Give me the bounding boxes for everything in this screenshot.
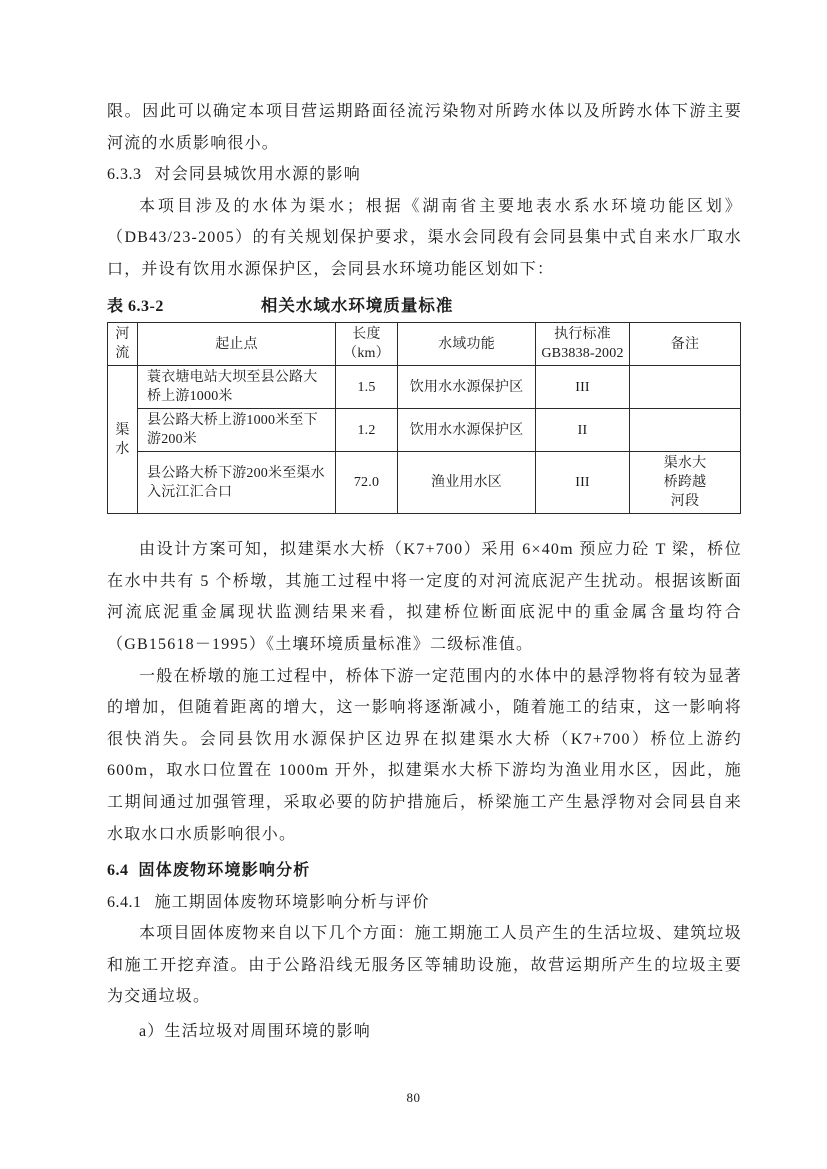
cell-section: 县公路大桥下游200米至渠水入沅江汇合口 [138, 452, 336, 514]
cell-standard: II [536, 409, 630, 452]
cell-river-name: 渠水 [108, 366, 138, 514]
cell-function: 饮用水水源保护区 [398, 366, 536, 409]
document-body: 限。因此可以确定本项目营运期路面径流污染物对所跨水体以及所跨水体下游主要河流的水… [107, 96, 742, 1048]
paragraph-water-source: 本项目涉及的水体为渠水；根据《湖南省主要地表水系水环境功能区划》（DB43/23… [107, 191, 742, 286]
col-header-section: 起止点 [138, 323, 336, 366]
paragraph-solid-waste: 本项目固体废物来自以下几个方面：施工期施工人员产生的生活垃圾、建筑垃圾和施工开挖… [107, 918, 742, 1013]
cell-length: 1.5 [336, 366, 398, 409]
section-title: 施工期固体废物环境影响分析与评价 [155, 894, 430, 911]
table-caption-title: 相关水域水环境质量标准 [261, 290, 454, 322]
section-number: 6.4 [107, 862, 129, 879]
col-header-length-line2: （km） [340, 344, 393, 363]
list-item-a: a）生活垃圾对周围环境的影响 [107, 1016, 742, 1048]
section-number: 6.4.1 [107, 894, 142, 911]
document-page: 限。因此可以确定本项目营运期路面径流污染物对所跨水体以及所跨水体下游主要河流的水… [0, 0, 827, 1169]
cell-note-text: 渠水大桥跨越河段 [657, 454, 713, 511]
col-header-river: 河流 [108, 323, 138, 366]
section-heading-6-4-1: 6.4.1施工期固体废物环境影响分析与评价 [107, 887, 742, 919]
cell-note [630, 409, 741, 452]
cell-section: 蓑衣塘电站大坝至县公路大桥上游1000米 [138, 366, 336, 409]
section-heading-6-4: 6.4固体废物环境影响分析 [107, 855, 742, 887]
section-title: 固体废物环境影响分析 [139, 862, 311, 879]
table-row: 渠水 蓑衣塘电站大坝至县公路大桥上游1000米 1.5 饮用水水源保护区 III [108, 366, 741, 409]
cell-length: 1.2 [336, 409, 398, 452]
col-header-standard: 执行标准 GB3838-2002 [536, 323, 630, 366]
table-caption-label: 表 6.3-2 [107, 291, 164, 323]
paragraph-suspended-solids: 一般在桥墩的施工过程中，桥体下游一定范围内的水体中的悬浮物将有较为显著的增加，但… [107, 661, 742, 851]
section-number: 6.3.3 [107, 166, 142, 183]
cell-note: 渠水大桥跨越河段 [630, 452, 741, 514]
cell-length: 72.0 [336, 452, 398, 514]
table-row: 县公路大桥下游200米至渠水入沅江汇合口 72.0 渔业用水区 III 渠水大桥… [108, 452, 741, 514]
section-heading-6-3-3: 6.3.3对会同县城饮用水源的影响 [107, 159, 742, 191]
cell-standard: III [536, 366, 630, 409]
table-caption: 表 6.3-2 相关水域水环境质量标准 [107, 290, 742, 323]
paragraph-bridge-design: 由设计方案可知，拟建渠水大桥（K7+700）采用 6×40m 预应力砼 T 梁，… [107, 534, 742, 660]
col-header-length: 长度 （km） [336, 323, 398, 366]
table-header-row: 河流 起止点 长度 （km） 水域功能 执行标准 GB3838-2002 备注 [108, 323, 741, 366]
col-header-function: 水域功能 [398, 323, 536, 366]
cell-section: 县公路大桥上游1000米至下游200米 [138, 409, 336, 452]
cell-standard: III [536, 452, 630, 514]
col-header-standard-line1: 执行标准 [540, 325, 625, 344]
col-header-length-line1: 长度 [340, 325, 393, 344]
cell-function: 饮用水水源保护区 [398, 409, 536, 452]
col-header-note: 备注 [630, 323, 741, 366]
col-header-standard-line2: GB3838-2002 [540, 344, 625, 363]
water-quality-standards-table: 河流 起止点 长度 （km） 水域功能 执行标准 GB3838-2002 备注 [107, 322, 741, 514]
cell-function: 渔业用水区 [398, 452, 536, 514]
paragraph-runoff-conclusion: 限。因此可以确定本项目营运期路面径流污染物对所跨水体以及所跨水体下游主要河流的水… [107, 96, 742, 159]
table-row: 县公路大桥上游1000米至下游200米 1.2 饮用水水源保护区 II [108, 409, 741, 452]
section-title: 对会同县城饮用水源的影响 [155, 166, 361, 183]
page-number: 80 [0, 1090, 827, 1106]
cell-note [630, 366, 741, 409]
